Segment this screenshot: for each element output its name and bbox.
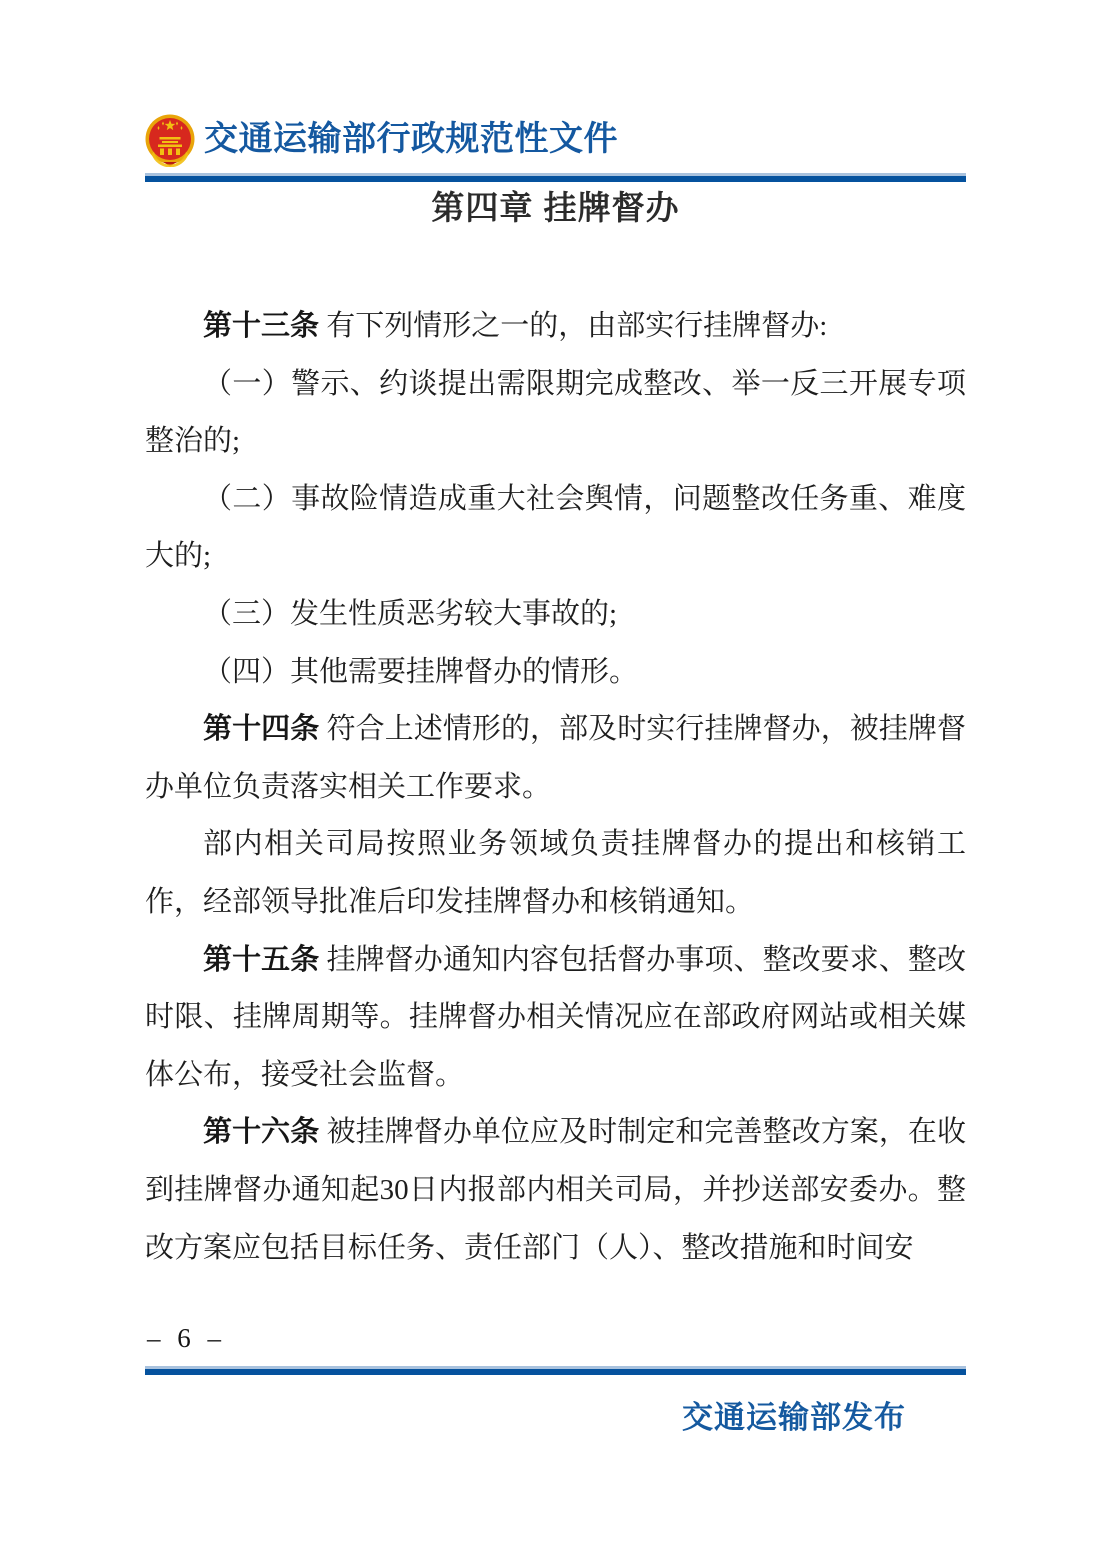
paragraph-text: （三）发生性质恶劣较大事故的;	[203, 598, 617, 630]
paragraph-text: （一）警示、约谈提出需限期完成整改、举一反三开展专项整治的;	[145, 368, 966, 458]
chapter-title: 第四章 挂牌督办	[145, 188, 966, 228]
header-divider	[145, 173, 966, 182]
article-number: 第十六条	[203, 1116, 319, 1148]
body-paragraph: 第十六条 被挂牌督办单位应及时制定和完善整改方案，在收到挂牌督办通知起30日内报…	[145, 1104, 966, 1277]
paragraph-text: （四）其他需要挂牌督办的情形。	[203, 656, 638, 688]
paragraph-text: 部内相关司局按照业务领域负责挂牌督办的提出和核销工作，经部领导批准后印发挂牌督办…	[145, 828, 966, 918]
paragraph-text: （二）事故险情造成重大社会舆情，问题整改任务重、难度大的;	[145, 483, 966, 573]
paragraph-text: 有下列情形之一的，由部实行挂牌督办:	[319, 310, 827, 342]
page-header: 交通运输部行政规范性文件	[145, 111, 966, 169]
page-number: – 6 –	[147, 1323, 226, 1354]
document-page: 交通运输部行政规范性文件 第四章 挂牌督办 第十三条 有下列情形之一的，由部实行…	[0, 0, 1102, 1559]
publisher: 交通运输部发布	[145, 1392, 906, 1437]
divider-dark-line	[145, 1369, 966, 1375]
body-paragraph: （三）发生性质恶劣较大事故的;	[145, 586, 966, 644]
article-number: 第十五条	[203, 944, 319, 976]
body-paragraph: 第十三条 有下列情形之一的，由部实行挂牌督办:	[145, 298, 966, 356]
body-paragraph: 第十四条 符合上述情形的，部及时实行挂牌督办，被挂牌督办单位负责落实相关工作要求…	[145, 701, 966, 816]
body-paragraph: （二）事故险情造成重大社会舆情，问题整改任务重、难度大的;	[145, 471, 966, 586]
footer-divider	[145, 1366, 966, 1375]
national-emblem-icon	[145, 114, 195, 167]
document-body: 第十三条 有下列情形之一的，由部实行挂牌督办: （一）警示、约谈提出需限期完成整…	[145, 298, 966, 1277]
body-paragraph: 部内相关司局按照业务领域负责挂牌督办的提出和核销工作，经部领导批准后印发挂牌督办…	[145, 816, 966, 931]
article-number: 第十四条	[203, 713, 319, 745]
body-paragraph: （四）其他需要挂牌督办的情形。	[145, 644, 966, 702]
header-title: 交通运输部行政规范性文件	[204, 115, 618, 165]
body-paragraph: 第十五条 挂牌督办通知内容包括督办事项、整改要求、整改时限、挂牌周期等。挂牌督办…	[145, 932, 966, 1105]
article-number: 第十三条	[203, 310, 319, 342]
body-paragraph: （一）警示、约谈提出需限期完成整改、举一反三开展专项整治的;	[145, 356, 966, 471]
divider-dark-line	[145, 176, 966, 182]
